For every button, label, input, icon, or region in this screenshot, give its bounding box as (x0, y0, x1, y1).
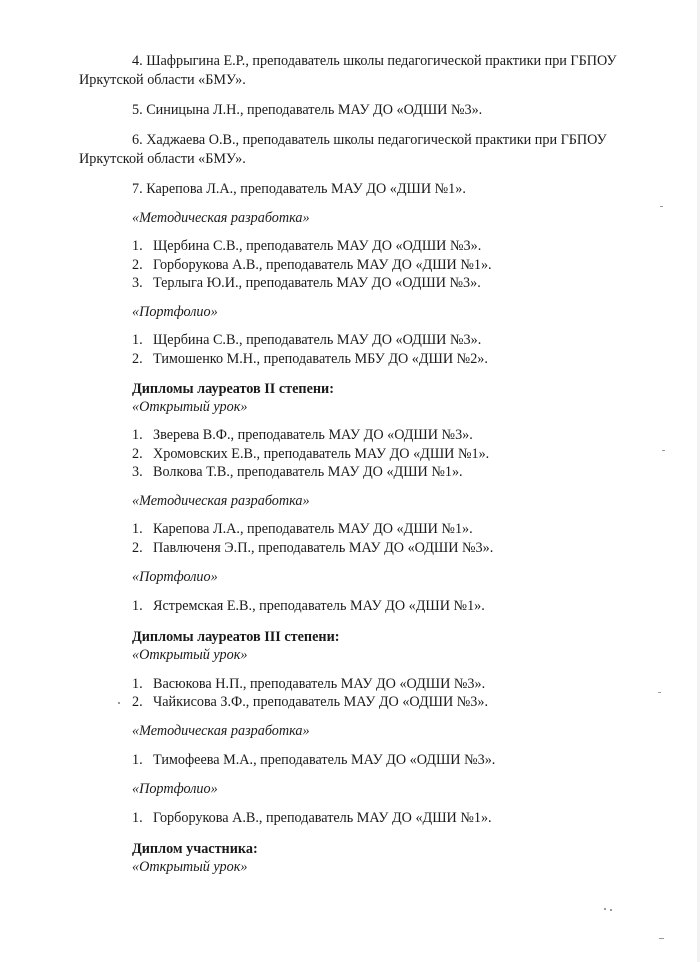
paragraph-number: 7. (132, 181, 143, 197)
paragraph-7: 7. Карепова Л.А., преподаватель МАУ ДО «… (132, 180, 466, 198)
list-text: Тимошенко М.Н., преподаватель МБУ ДО «ДШ… (153, 350, 488, 368)
list-text: Горборукова А.В., преподаватель МАУ ДО «… (153, 256, 492, 274)
list-number: 1. (132, 809, 143, 827)
degree-3-heading: Дипломы лауреатов III степени: (132, 628, 339, 646)
list-number: 2. (132, 693, 143, 711)
list-text: Хромовских Е.В., преподаватель МАУ ДО «Д… (153, 445, 489, 463)
scan-speck (604, 908, 606, 910)
category-methodical-title: «Методическая разработка» (132, 722, 310, 740)
list-text: Ястремская Е.В., преподаватель МАУ ДО «Д… (153, 597, 485, 615)
scan-speck (662, 450, 665, 451)
list-number: 1. (132, 426, 143, 444)
list-number: 1. (132, 751, 143, 769)
paragraph-6-line-2: Иркутской области «БМУ». (79, 150, 246, 168)
list-number: 1. (132, 675, 143, 693)
scan-speck (660, 206, 663, 207)
list-text: Павлюченя Э.П., преподаватель МАУ ДО «ОД… (153, 539, 493, 557)
document-page: 4. Шафрыгина Е.Р., преподаватель школы п… (0, 0, 700, 962)
list-number: 1. (132, 237, 143, 255)
category-portfolio-title: «Портфолио» (132, 780, 218, 798)
paragraph-text: Шафрыгина Е.Р., преподаватель школы педа… (146, 53, 616, 69)
paragraph-number: 5. (132, 102, 143, 118)
list-text: Тимофеева М.А., преподаватель МАУ ДО «ОД… (153, 751, 495, 769)
paragraph-text: Карепова Л.А., преподаватель МАУ ДО «ДШИ… (146, 181, 466, 197)
list-number: 3. (132, 274, 143, 292)
category-portfolio-title: «Портфолио» (132, 303, 218, 321)
scan-speck (118, 702, 120, 704)
list-text: Терлыга Ю.И., преподаватель МАУ ДО «ОДШИ… (153, 274, 481, 292)
list-number: 1. (132, 520, 143, 538)
degree-2-heading: Дипломы лауреатов II степени: (132, 380, 334, 398)
list-text: Щербина С.В., преподаватель МАУ ДО «ОДШИ… (153, 331, 481, 349)
list-number: 2. (132, 445, 143, 463)
list-number: 1. (132, 331, 143, 349)
category-methodical-title: «Методическая разработка» (132, 209, 310, 227)
paragraph-4-line-1: 4. Шафрыгина Е.Р., преподаватель школы п… (132, 52, 617, 70)
paragraph-text: Хаджаева О.В., преподаватель школы педаг… (146, 132, 607, 148)
paragraph-6-line-1: 6. Хаджаева О.В., преподаватель школы пе… (132, 131, 607, 149)
list-text: Васюкова Н.П., преподаватель МАУ ДО «ОДШ… (153, 675, 485, 693)
category-open-lesson-title: «Открытый урок» (132, 398, 247, 416)
paragraph-4-line-2: Иркутской области «БМУ». (79, 71, 246, 89)
list-text: Горборукова А.В., преподаватель МАУ ДО «… (153, 809, 492, 827)
scan-speck (610, 909, 612, 911)
paragraph-number: 4. (132, 53, 143, 69)
paragraph-number: 6. (132, 132, 143, 148)
scan-speck (659, 938, 664, 939)
list-number: 2. (132, 350, 143, 368)
paragraph-5: 5. Синицына Л.Н., преподаватель МАУ ДО «… (132, 101, 482, 119)
list-text: Зверева В.Ф., преподаватель МАУ ДО «ОДШИ… (153, 426, 473, 444)
list-number: 3. (132, 463, 143, 481)
list-number: 2. (132, 256, 143, 274)
list-number: 1. (132, 597, 143, 615)
category-open-lesson-title: «Открытый урок» (132, 858, 247, 876)
list-text: Карепова Л.А., преподаватель МАУ ДО «ДШИ… (153, 520, 473, 538)
category-open-lesson-title: «Открытый урок» (132, 646, 247, 664)
list-text: Щербина С.В., преподаватель МАУ ДО «ОДШИ… (153, 237, 481, 255)
scan-speck (658, 692, 661, 693)
category-portfolio-title: «Портфолио» (132, 568, 218, 586)
category-methodical-title: «Методическая разработка» (132, 492, 310, 510)
list-number: 2. (132, 539, 143, 557)
list-text: Чайкисова З.Ф., преподаватель МАУ ДО «ОД… (153, 693, 488, 711)
participant-heading: Диплом участника: (132, 840, 258, 858)
list-text: Волкова Т.В., преподаватель МАУ ДО «ДШИ … (153, 463, 463, 481)
paragraph-text: Синицына Л.Н., преподаватель МАУ ДО «ОДШ… (146, 102, 482, 118)
